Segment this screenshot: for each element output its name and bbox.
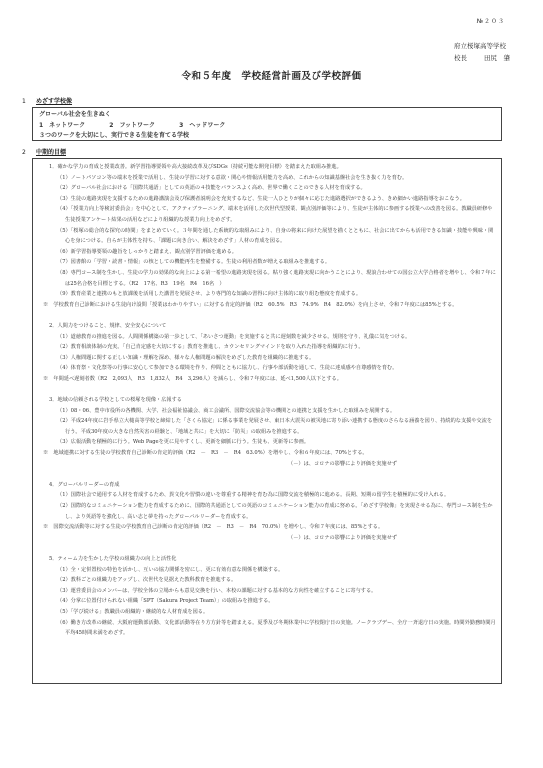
goal-item: （5）「桜塚の総合的な探究の時間」をまとめていく。３年間を通した系統的な取組みに… (39, 226, 497, 247)
goal-note: ※ 地域連携に対する生徒の学校教育自己診断の肯定的評価（R2 － R3 － R4… (39, 448, 497, 459)
goal-item: （1）08・06、豊中市役所の各機関、大学、社会福祉協議会、商工会議所、国際交流… (39, 406, 497, 417)
goal-group-3: 3．地域の信頼される学校としての桜塚を現像・広報する （1）08・06、豊中市役… (39, 395, 497, 469)
goal-note: ※ 年間延べ遅刻者数（R2 2,093人 R3 1,832人 R4 3,296人… (39, 374, 497, 385)
goal-heading: 2．人間力をつけること、規律、安全安心について (39, 321, 497, 332)
goal-item: （9）教育産業と連携のもと放課後を活用した講習を発展させ、より専門的な知識の習得… (39, 289, 497, 300)
goal-item: （2）平成24年度に岩手県立大槌高等学校と締結した「さくら協定」に係る事業を発展… (39, 416, 497, 437)
goal-group-5: 5．ティーム力を生かした学校の組織力の向上と活性化 （1）全・定併置校の特色を活… (39, 554, 497, 639)
section-1-heading: 1めざす学校像 (22, 96, 72, 105)
vision-box: グローバル社会を生きぬく 1 ネットワーク 2 フットワーク 3 ヘッドワーク … (32, 107, 502, 141)
principal-name: 田尻 肇 (484, 52, 510, 64)
covid-note: （－）は、コロナの影響により評価を実施せず (39, 459, 497, 470)
section-2-label: 中期的目標 (36, 149, 66, 156)
goal-group-4: 4．グローバルリーダーの育成 （1）国際社会で通用する人材を育成するため、異文化… (39, 480, 497, 544)
goal-heading: 1．確かな学力の育成と授業改善。新学習指導要領や高大接続改革及びSDGs（持続可… (39, 162, 497, 173)
goal-item: （2）グローバル社会における「国際共通語」としての英語の４技能をバランスよく高め… (39, 183, 497, 194)
goal-item: （2）教育相談体制の充実。「自己肯定感を大切にする」教育を推進し、カウンセリング… (39, 342, 497, 353)
goal-item: （3）生徒の進路実現を支援するための進路講演会及び保護者説明会を充実するなど、生… (39, 194, 497, 205)
goal-item: （3）運営委員会のメンバーは、学校全体の立場からも意見交換を行い、本校の課題に対… (39, 586, 497, 597)
section-1-label: めざす学校像 (36, 98, 72, 105)
principal-title: 校長 (454, 52, 484, 64)
goal-item: （3）人権問題に関する正しい知識・理解を深め、様々な人権問題の解決をめざした教育… (39, 353, 497, 364)
vision-slogan: グローバル社会を生きぬく (39, 110, 495, 121)
goal-item: （6）働き方改革の継続、大阪府運動部活動、文化部活動等在り方方針等を踏まえる。夏… (39, 618, 497, 639)
document-number: №２０３ (477, 16, 505, 25)
goal-note: ※ 学校教育自己診断における生徒向け設問「授業はわかりやすい」に対する肯定的評価… (39, 300, 497, 311)
work-footwork: 2 フットワーク (109, 121, 155, 132)
goal-group-2: 2．人間力をつけること、規律、安全安心について （1）道徳教育の推進を図る。人間… (39, 321, 497, 385)
goal-item: （4）「授業力向上等検討委員会」を中心として、アクティブラーニング、端末を活用し… (39, 204, 497, 225)
goals-box: 1．確かな学力の育成と授業改善。新学習指導要領や高大接続改革及びSDGs（持続可… (32, 158, 502, 684)
school-info: 府立桜塚高等学校 校長田尻 肇 (454, 40, 510, 64)
covid-note: （－）は、コロナの影響により評価を実施せず (39, 533, 497, 544)
page-title: 令和５年度 学校経営計画及び学校評価 (0, 68, 543, 82)
vision-works: 1 ネットワーク 2 フットワーク 3 ヘッドワーク (39, 121, 495, 132)
goal-item: （7）図書館の「学習・読書・情報」の核としての機能再生を整備する。生徒の利用者数… (39, 257, 497, 268)
work-headwork: 3 ヘッドワーク (179, 121, 225, 132)
goal-item: （6）新学習指導要領の趣旨をしっかりと踏まえ、観点別学習評価を進める。 (39, 247, 497, 258)
goal-item: （2）国際的なコミュニケーション能力を育成するために、国際的共通語としての英語の… (39, 501, 497, 522)
goal-item: （1）道徳教育の推進を図る。人間関係構築の第一歩として、「あいさつ運動」を実施す… (39, 332, 497, 343)
goal-item: （4）分掌に位置付けられない組織「SPT（Sakura Project Team… (39, 596, 497, 607)
goal-item: （2）教科ごとの組織力をアップし、次世代を見据えた教科教育を推進する。 (39, 575, 497, 586)
goal-heading: 3．地域の信頼される学校としての桜塚を現像・広報する (39, 395, 497, 406)
section-2-heading: 2中期的目標 (22, 147, 66, 156)
principal-line: 校長田尻 肇 (454, 52, 510, 64)
goal-item: （1）国際社会で通用する人材を育成するため、異文化や習慣の違いを尊重する精神を育… (39, 490, 497, 501)
goal-item: （4）体育祭・文化祭等の行事に安心して参加できる環境を作り、仲間とともに協力し、… (39, 363, 497, 374)
goal-item: （1）全・定併置校の特色を活かし、互いの協力関係を密にし、更に有効有意な関係を構… (39, 565, 497, 576)
goal-heading: 5．ティーム力を生かした学校の組織力の向上と活性化 (39, 554, 497, 565)
vision-closing: ３つのワークを大切にし、実行できる生徒を育てる学校 (39, 131, 495, 142)
school-name: 府立桜塚高等学校 (454, 40, 510, 52)
goal-note: ※ 国際交流活動等に対する生徒の学校教育自己診断の肯定的評価（R2 － R3 －… (39, 522, 497, 533)
goal-item: （8）専門コース制を生かし、生徒の学力の効果的な向上による第一希望の進路実現を図… (39, 268, 497, 289)
goal-heading: 4．グローバルリーダーの育成 (39, 480, 497, 491)
goal-item: （3）広報活動を積極的に行う。Web Pageを更に見やすくし、更新を細脈に行う… (39, 437, 497, 448)
goal-group-1: 1．確かな学力の育成と授業改善。新学習指導要領や高大接続改革及びSDGs（持続可… (39, 162, 497, 310)
goal-item: （5）「学び続ける」教職員の組織的・継続的な人材育成を図る。 (39, 607, 497, 618)
work-network: 1 ネットワーク (39, 121, 85, 132)
goal-item: （1）ノートパソコン等の端末を授業で活用し、生徒の学習に対する意欲・関心や情報活… (39, 173, 497, 184)
